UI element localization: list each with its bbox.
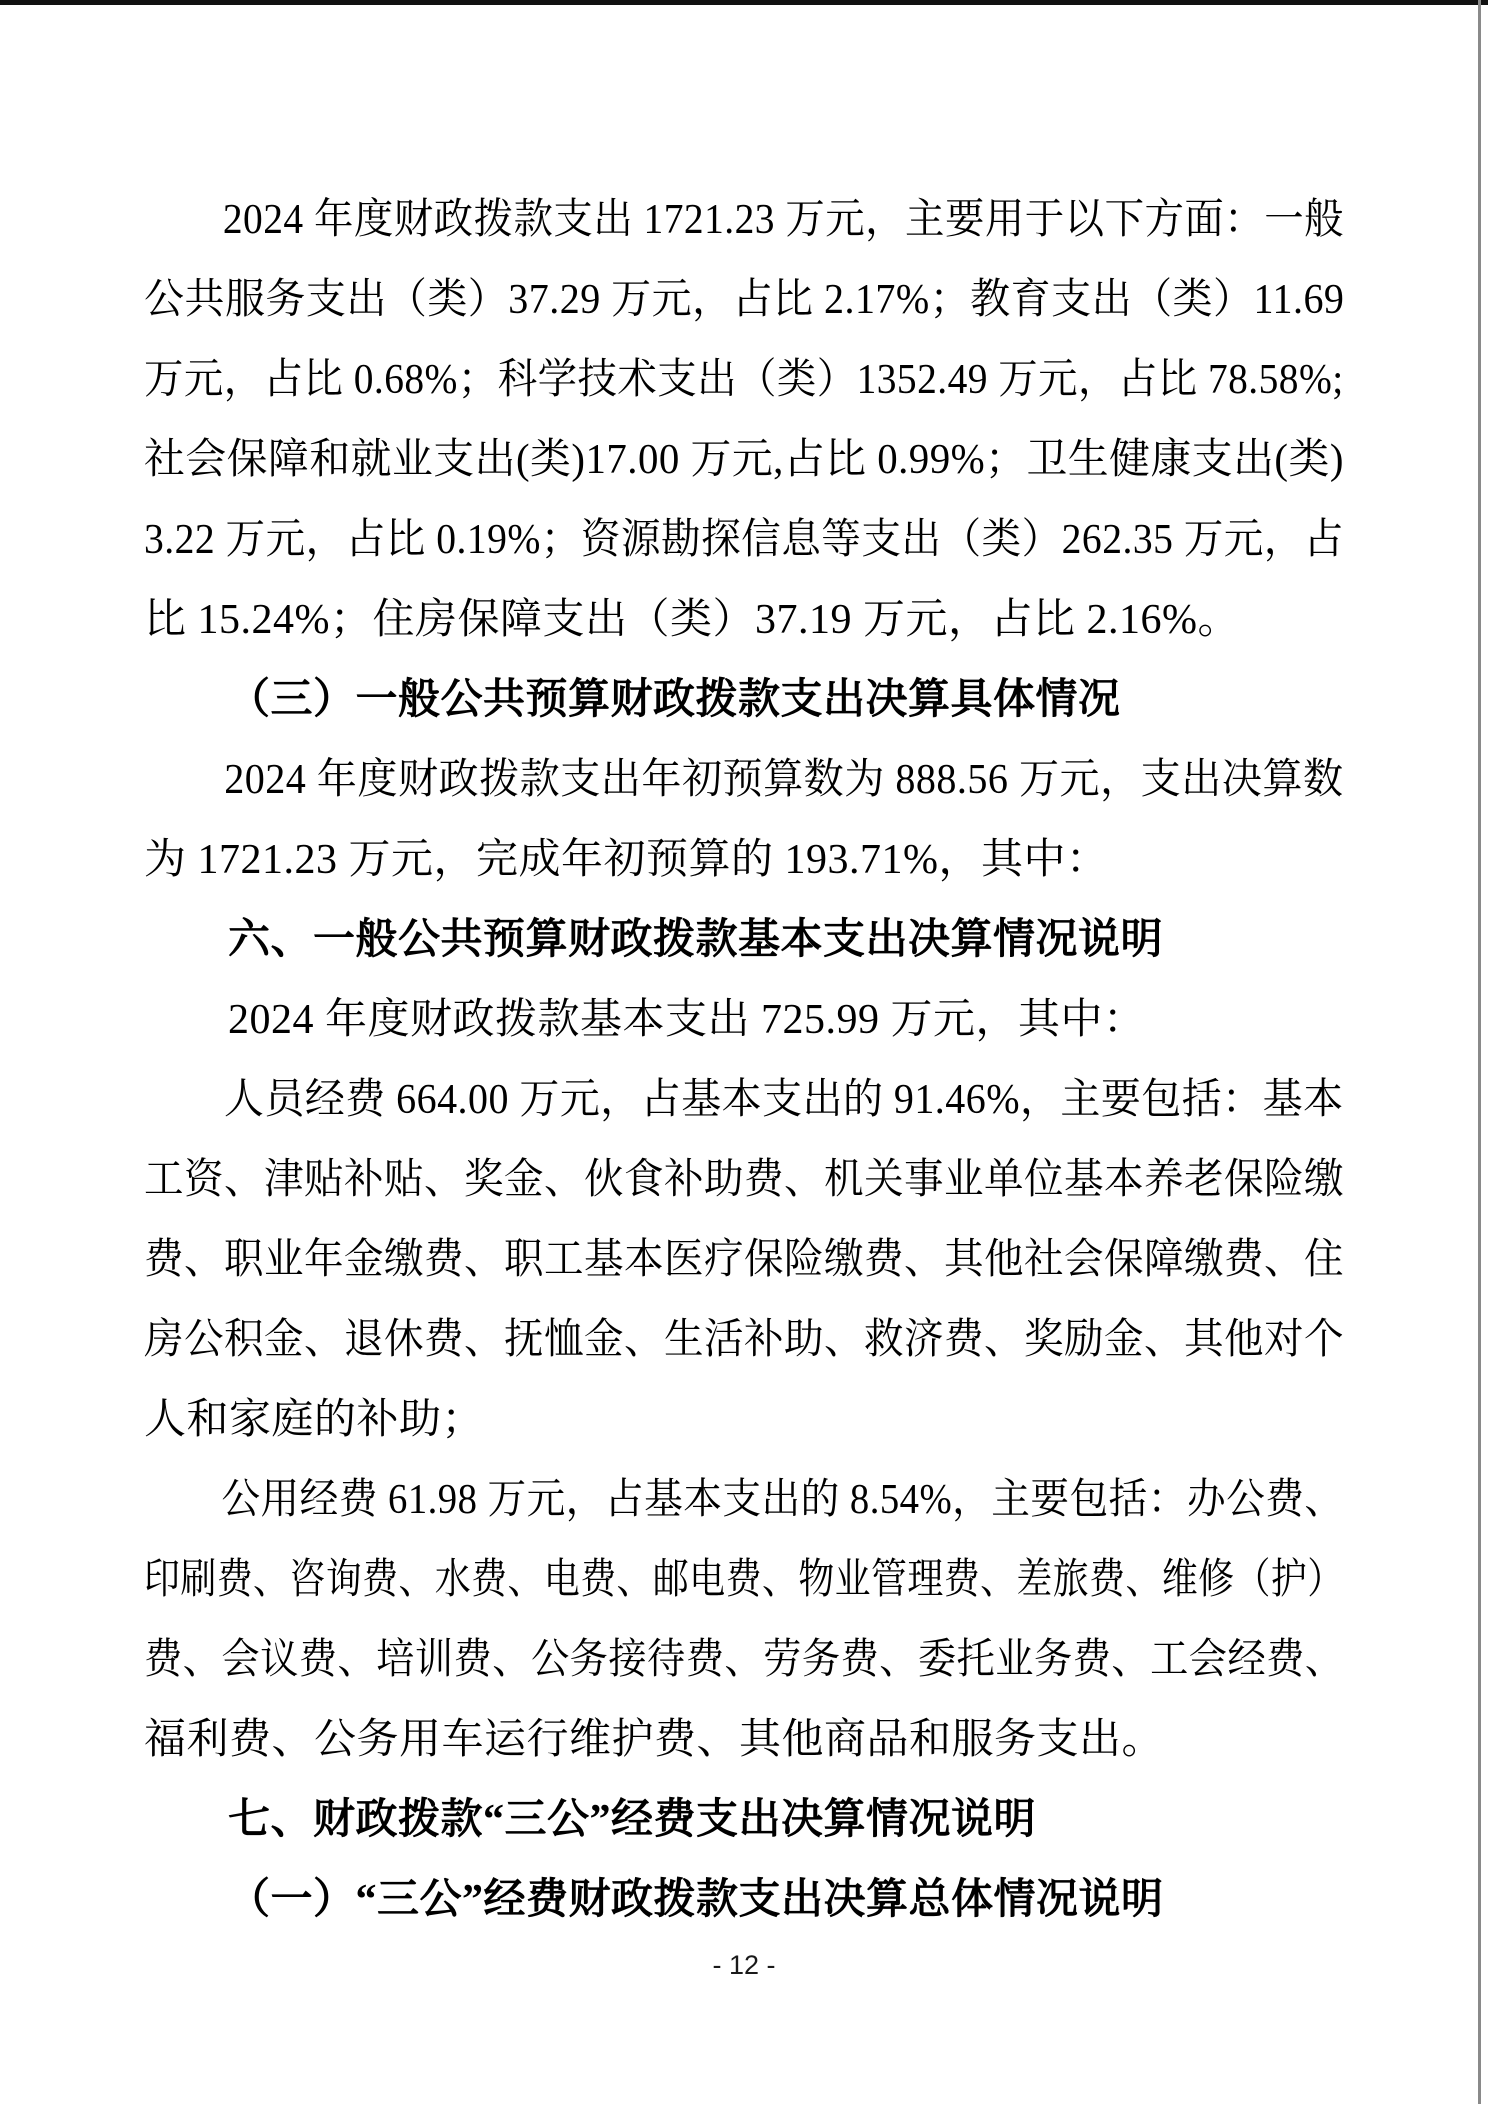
paragraph-line: 为 1721.23 万元，完成年初预算的 193.71%，其中：	[144, 820, 1344, 900]
paragraph-line: 2024 年度财政拨款支出 1721.23 万元，主要用于以下方面：一般	[144, 180, 1271, 260]
paragraph-line: 比 15.24%；住房保障支出（类）37.19 万元，占比 2.16%。	[144, 580, 1344, 660]
page-right-edge-line	[1478, 0, 1481, 2104]
document-page: 2024 年度财政拨款支出 1721.23 万元，主要用于以下方面：一般 公共服…	[0, 0, 1488, 2104]
paragraph-line: 工资、津贴补贴、奖金、伙食补助费、机关事业单位基本养老保险缴	[144, 1140, 1273, 1220]
paragraph-line: 万元，占比 0.68%；科学技术支出（类）1352.49 万元，占比 78.58…	[144, 340, 1270, 420]
paragraph-line: 人和家庭的补助；	[144, 1380, 1344, 1460]
document-content: 2024 年度财政拨款支出 1721.23 万元，主要用于以下方面：一般 公共服…	[144, 180, 1344, 1940]
paragraph-line: 房公积金、退休费、抚恤金、生活补助、救济费、奖励金、其他对个	[144, 1300, 1273, 1380]
paragraph-line: 福利费、公务用车运行维护费、其他商品和服务支出。	[144, 1700, 1344, 1780]
page-top-border	[0, 0, 1488, 5]
paragraph-line: 2024 年度财政拨款支出年初预算数为 888.56 万元，支出决算数	[144, 740, 1290, 820]
paragraph-line: 3.22 万元，占比 0.19%；资源勘探信息等支出（类）262.35 万元，占	[144, 500, 1275, 580]
paragraph-line: 2024 年度财政拨款基本支出 725.99 万元，其中：	[144, 980, 1344, 1060]
section-heading: （三）一般公共预算财政拨款支出决算具体情况	[144, 660, 1344, 740]
paragraph-line: 公共服务支出（类）37.29 万元，占比 2.17%；教育支出（类）11.69	[144, 260, 1287, 340]
paragraph-line: 公用经费 61.98 万元，占基本支出的 8.54%，主要包括：办公费、	[144, 1460, 1249, 1540]
paragraph-line: 费、职业年金缴费、职工基本医疗保险缴费、其他社会保障缴费、住	[144, 1220, 1273, 1300]
section-heading: 七、财政拨款“三公”经费支出决算情况说明	[144, 1780, 1344, 1860]
paragraph-line: 印刷费、咨询费、水费、电费、邮电费、物业管理费、差旅费、维修（护）	[144, 1540, 1170, 1620]
paragraph-line: 人员经费 664.00 万元，占基本支出的 91.46%，主要包括：基本	[144, 1060, 1286, 1140]
page-number: - 12 -	[0, 1948, 1488, 1982]
section-heading: （一）“三公”经费财政拨款支出决算总体情况说明	[144, 1860, 1344, 1940]
paragraph-line: 费、会议费、培训费、公务接待费、劳务费、委托业务费、工会经费、	[144, 1620, 1237, 1700]
paragraph-line: 社会保障和就业支出(类)17.00 万元,占比 0.99%；卫生健康支出(类)	[144, 420, 1311, 500]
section-heading: 六、一般公共预算财政拨款基本支出决算情况说明	[144, 900, 1344, 980]
